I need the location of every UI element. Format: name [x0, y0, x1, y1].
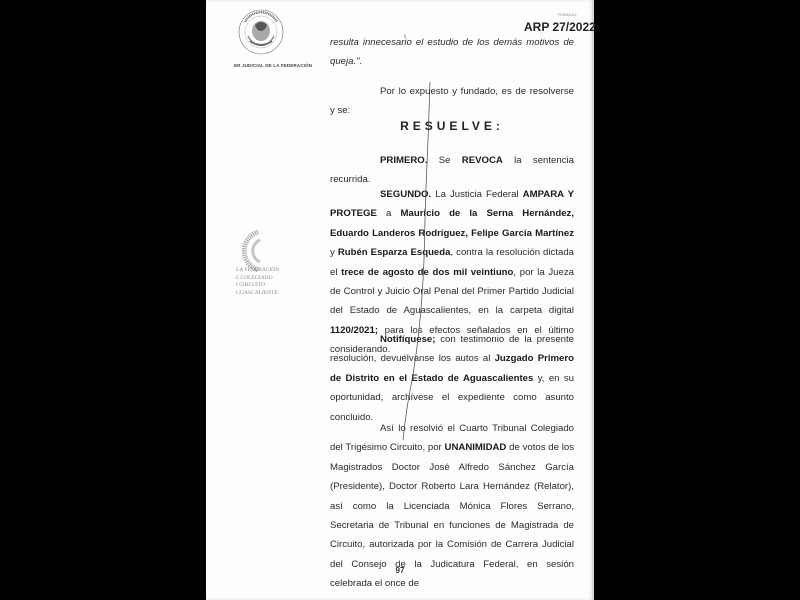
notifiquese-label: Notifíquese; — [380, 334, 435, 345]
case-number: ARP 27/2022 — [524, 20, 596, 34]
text: Se — [427, 155, 461, 166]
side-stamp-text: LA FEDERACIÓN L COLEGIADO I CIRCUITO GUA… — [236, 267, 279, 297]
intro-paragraph: Por lo expuesto y fundado, es de resolve… — [330, 82, 574, 121]
quoted-text: resulta innecesario el estudio de los de… — [330, 33, 574, 72]
document-page: ER JUDICIAL DE LA FEDERACIÓN FORMA B-1 A… — [206, 0, 594, 600]
stamp-line: L COLEGIADO — [236, 275, 279, 283]
bold-text: trece de agosto de dos mil veintiuno — [341, 267, 513, 278]
form-code: FORMA B-1 — [558, 13, 577, 17]
mexican-coat-of-arms-icon — [236, 8, 286, 56]
segundo-label: SEGUNDO. — [380, 189, 431, 200]
bold-text: Rubén Esparza Esqueda — [338, 247, 451, 258]
stamp-line: GUASCALIENTE — [236, 290, 279, 298]
seal-caption: ER JUDICIAL DE LA FEDERACIÓN — [234, 63, 312, 68]
text: y — [330, 247, 338, 258]
page-number: 97 — [206, 566, 594, 575]
bold-text: UNANIMIDAD — [445, 442, 507, 453]
stamp-line: I CIRCUITO — [236, 282, 279, 290]
page-edge — [592, 0, 594, 600]
primero-paragraph: PRIMERO. Se REVOCA la sentencia recurrid… — [330, 151, 574, 190]
text: La Justicia Federal — [431, 189, 522, 200]
quote-line: queja.". — [330, 52, 574, 71]
resolution-heading: RESUELVE: — [330, 119, 574, 133]
primero-label: PRIMERO. — [380, 155, 427, 166]
quote-line: resulta innecesario el estudio de los de… — [330, 33, 574, 52]
stamp-seal-icon — [236, 230, 266, 272]
text: a — [377, 208, 401, 219]
bold-text: REVOCA — [462, 155, 503, 166]
notifiquese-paragraph: Notifíquese; con testimonio de la presen… — [330, 330, 574, 427]
stamp-line: LA FEDERACIÓN — [236, 267, 279, 275]
